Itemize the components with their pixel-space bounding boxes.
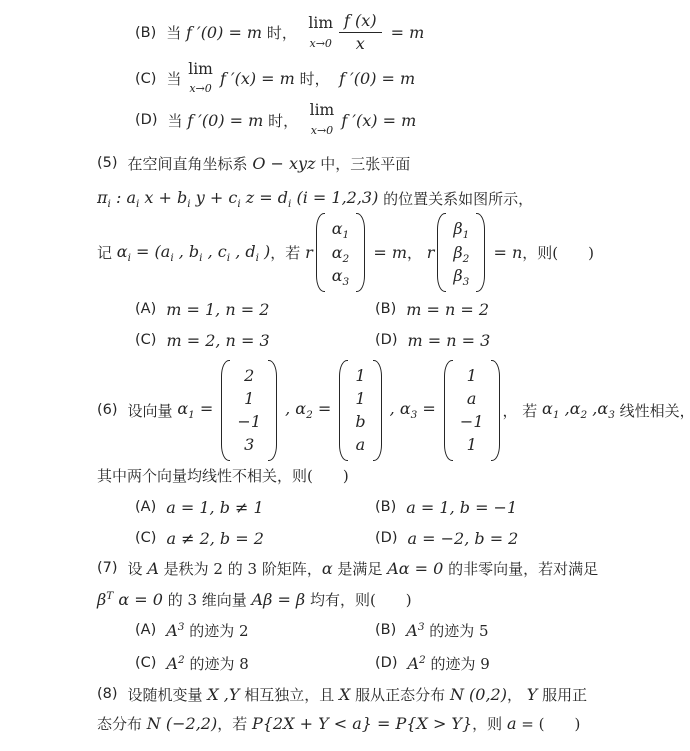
q5-option-a-label: (A)	[135, 301, 156, 317]
q6-option-d-formula: a = −2, b = 2	[407, 529, 518, 548]
q7-option-b-formula: A3 的迹为 5	[406, 620, 488, 641]
q5-option-a: (A) m = 1, n = 2	[135, 300, 375, 319]
q6-option-c-label: (C)	[135, 530, 156, 546]
q7-option-a-formula: A3 的迹为 2	[166, 620, 248, 641]
q6-option-a: (A) a = 1, b ≠ 1	[135, 498, 375, 517]
q6-option-d-label: (D)	[375, 530, 397, 546]
q7-option-b: (B) A3 的迹为 5	[375, 620, 690, 641]
q6-option-b: (B) a = 1, b = −1	[375, 498, 690, 517]
question-7-stem-2: βT α = 0 的 3 维向量 Aβ = β 均有，则( )	[97, 589, 412, 610]
q4-option-d-label: (D)	[135, 112, 157, 128]
q6-option-a-formula: a = 1, b ≠ 1	[166, 498, 263, 517]
q5-option-d-formula: m = n = 3	[407, 331, 490, 350]
question-5-line-2: πi : ai x + bi y + ci z = di (i = 1,2,3)…	[97, 188, 690, 210]
q7-option-d-label: (D)	[375, 655, 397, 671]
q6-option-c-formula: a ≠ 2, b = 2	[166, 529, 263, 548]
q7-option-d-formula: A2 的迹为 9	[407, 653, 489, 674]
q7-option-c: (C) A2 的迹为 8	[135, 653, 375, 674]
question-5-options: (A) m = 1, n = 2 (B) m = n = 2 (C) m = 2…	[135, 300, 690, 350]
question-6-line-2: 其中两个向量均线性不相关，则( )	[97, 465, 690, 486]
q4-option-d: (D) 当 f ′(0) = m 时， limx→0 f ′(x) = m	[135, 103, 690, 137]
q4-option-b-formula: 当 f ′(0) = m 时， limx→0f (x)x = m	[166, 12, 424, 54]
q7-option-c-label: (C)	[135, 655, 156, 671]
question-7-options: (A) A3 的迹为 2 (B) A3 的迹为 5 (C) A2 的迹为 8 (…	[135, 620, 690, 674]
question-8-number: (8)	[97, 686, 118, 702]
question-8-stem-2: 态分布 N (−2,2)，若 P{2X + Y < a} = P{X > Y}，…	[97, 713, 580, 734]
question-5-line-3: 记 αi = (ai , bi , ci , di )，若 rα1α2α3 = …	[97, 213, 690, 292]
exam-page: (B) 当 f ′(0) = m 时， limx→0f (x)x = m (C)…	[0, 0, 690, 734]
question-5-stem-2: πi : ai x + bi y + ci z = di (i = 1,2,3)…	[97, 188, 533, 210]
question-6-stem-2: 其中两个向量均线性不相关，则( )	[97, 465, 349, 486]
q5-option-c: (C) m = 2, n = 3	[135, 331, 375, 350]
q5-option-c-formula: m = 2, n = 3	[166, 331, 269, 350]
q7-option-b-label: (B)	[375, 622, 396, 638]
q4-option-c: (C) 当 limx→0 f ′(x) = m 时， f ′(0) = m	[135, 62, 690, 96]
q5-option-b: (B) m = n = 2	[375, 300, 690, 319]
question-5-stem-1: 在空间直角坐标系 O − xyz 中，三张平面	[128, 153, 411, 174]
q6-option-b-formula: a = 1, b = −1	[406, 498, 517, 517]
q7-option-a: (A) A3 的迹为 2	[135, 620, 375, 641]
q6-option-d: (D) a = −2, b = 2	[375, 529, 690, 548]
question-5-number: (5)	[97, 155, 118, 171]
q5-option-b-label: (B)	[375, 301, 396, 317]
q5-option-c-label: (C)	[135, 332, 156, 348]
question-6-options: (A) a = 1, b ≠ 1 (B) a = 1, b = −1 (C) a…	[135, 498, 690, 548]
question-8-line-1: (8) 设随机变量 X ,Y 相互独立，且 X 服从正态分布 N (0,2)， …	[97, 684, 690, 705]
q4-option-b: (B) 当 f ′(0) = m 时， limx→0f (x)x = m	[135, 12, 690, 54]
question-7-line-2: βT α = 0 的 3 维向量 Aβ = β 均有，则( )	[97, 589, 690, 610]
question-5-line-1: (5) 在空间直角坐标系 O − xyz 中，三张平面	[97, 153, 690, 174]
question-7-number: (7)	[97, 560, 118, 576]
q5-option-d: (D) m = n = 3	[375, 331, 690, 350]
q5-option-b-formula: m = n = 2	[406, 300, 489, 319]
q7-option-d: (D) A2 的迹为 9	[375, 653, 690, 674]
question-7-line-1: (7) 设 A 是秩为 2 的 3 阶矩阵，α 是满足 Aα = 0 的非零向量…	[97, 558, 690, 579]
q4-option-b-label: (B)	[135, 25, 156, 41]
question-5-stem-3: 记 αi = (ai , bi , ci , di )，若 rα1α2α3 = …	[97, 213, 594, 292]
q4-option-c-formula: 当 limx→0 f ′(x) = m 时， f ′(0) = m	[166, 62, 415, 96]
q7-option-a-label: (A)	[135, 622, 156, 638]
question-8-stem-1: 设随机变量 X ,Y 相互独立，且 X 服从正态分布 N (0,2)， Y 服用…	[128, 684, 588, 705]
question-8-line-2: 态分布 N (−2,2)，若 P{2X + Y < a} = P{X > Y}，…	[97, 713, 690, 734]
q7-option-c-formula: A2 的迹为 8	[166, 653, 248, 674]
q5-option-d-label: (D)	[375, 332, 397, 348]
q4-option-c-label: (C)	[135, 71, 156, 87]
q5-option-a-formula: m = 1, n = 2	[166, 300, 269, 319]
q4-option-d-formula: 当 f ′(0) = m 时， limx→0 f ′(x) = m	[167, 103, 416, 137]
question-6-number: (6)	[97, 402, 118, 418]
question-6-line-1: (6) 设向量 α1 = 21−13 , α2 = 11ba , α3 = 1a…	[97, 360, 690, 461]
q6-option-c: (C) a ≠ 2, b = 2	[135, 529, 375, 548]
q6-option-a-label: (A)	[135, 499, 156, 515]
question-6-stem-1: 设向量 α1 = 21−13 , α2 = 11ba , α3 = 1a−11，…	[128, 360, 690, 461]
question-7-stem-1: 设 A 是秩为 2 的 3 阶矩阵，α 是满足 Aα = 0 的非零向量，若对满…	[128, 558, 599, 579]
q6-option-b-label: (B)	[375, 499, 396, 515]
